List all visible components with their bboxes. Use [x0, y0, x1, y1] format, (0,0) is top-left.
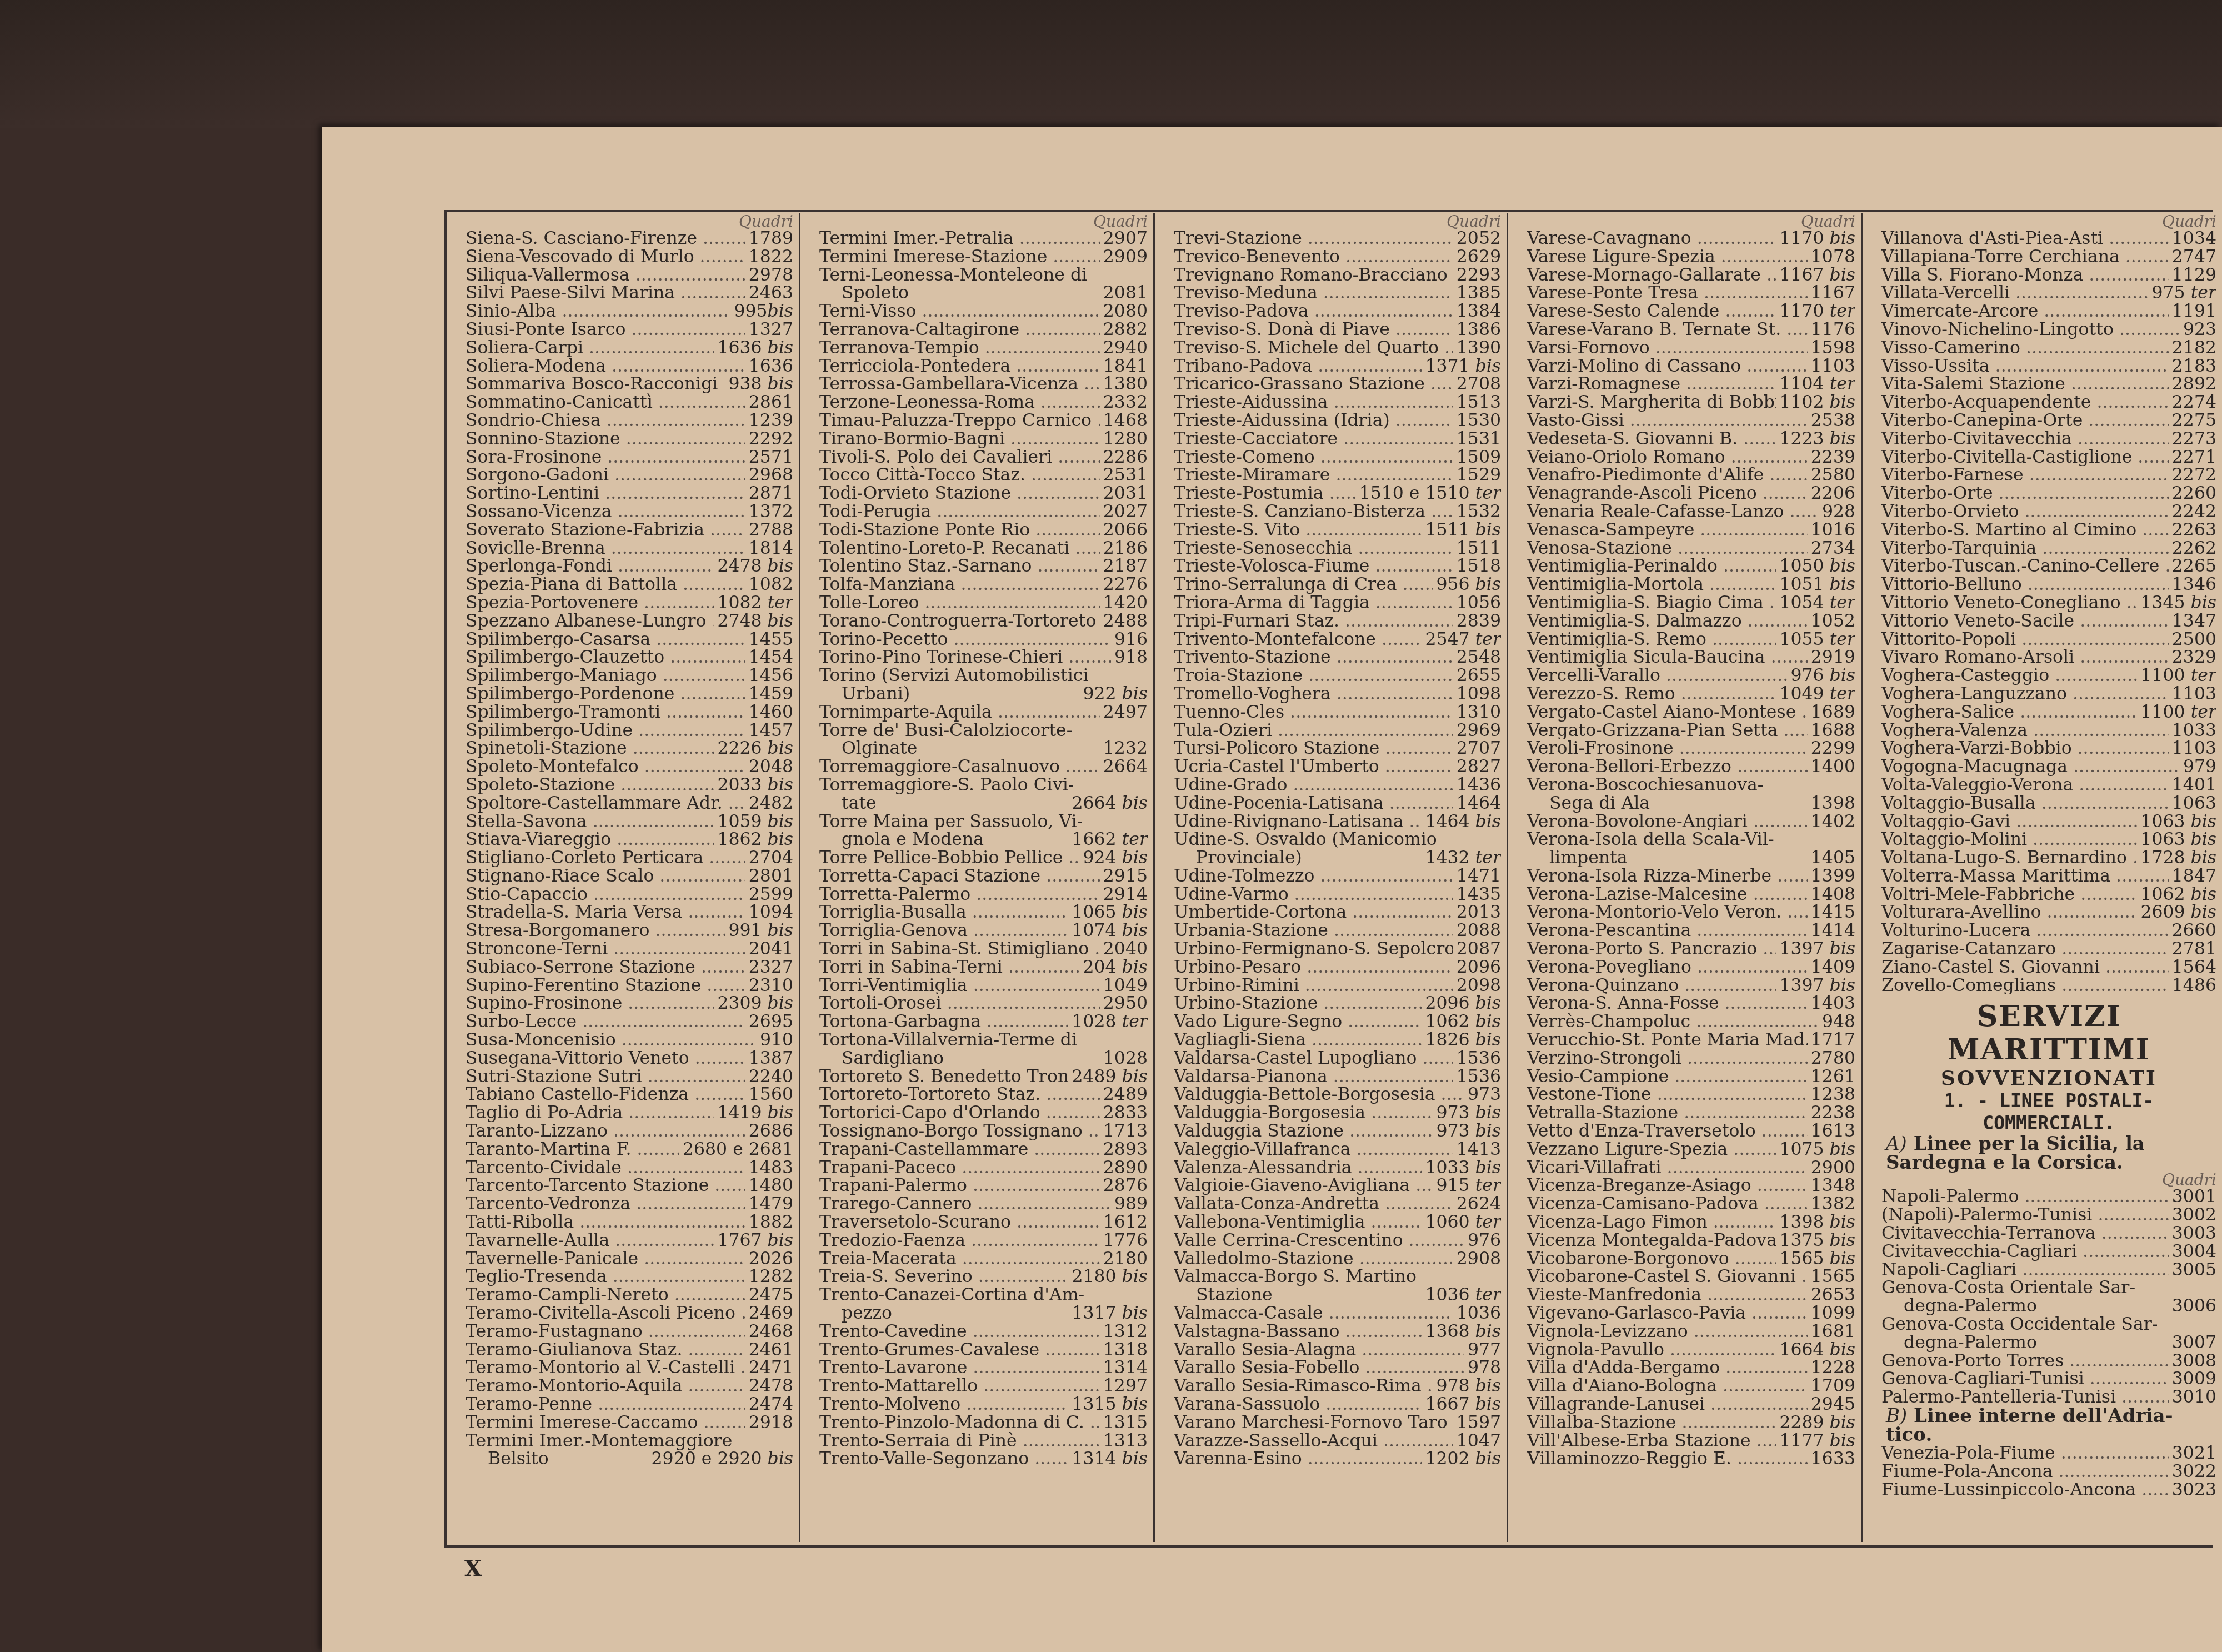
table-number: 1036 ter — [1422, 1286, 1501, 1304]
route-name: Timau-Paluzza-Treppo Carnico — [819, 412, 1100, 430]
index-entry: Treia-S. Severino2180 bis — [819, 1268, 1148, 1286]
route-name: Supino-Frosinone — [466, 994, 714, 1013]
table-number: 1398 — [1808, 794, 1855, 813]
table-number: 2096 — [1453, 958, 1501, 977]
route-name: Treia-S. Severino — [819, 1268, 1068, 1286]
index-entry: Tivoli-S. Polo dei Cavalieri2286 — [819, 448, 1148, 467]
table-number: 2471 — [745, 1359, 793, 1377]
index-entry: Trento-Valle-Segonzano1314 bis — [819, 1450, 1148, 1468]
route-name: Taglio di Po-Adria — [466, 1104, 714, 1122]
route-name: Viterbo-Civitavecchia — [1881, 430, 2169, 448]
route-name: Torre Pellice-Bobbio Pellice — [819, 849, 1079, 867]
index-entry: Trieste-Miramare1529 — [1174, 466, 1501, 484]
index-entry: Visso-Camerino2182 — [1881, 339, 2216, 357]
table-number: 2734 — [1808, 539, 1855, 558]
table-number: 1436 — [1453, 776, 1501, 794]
index-entry: Taglio di Po-Adria1419 bis — [466, 1104, 793, 1122]
route-name: Treviso-S. Michele del Quarto — [1174, 339, 1453, 357]
route-name: Tarcento-Cividale — [466, 1159, 745, 1177]
route-name: Urbino-Fermignano-S. Sepolcro — [1174, 940, 1453, 958]
route-name: Verona-Boscochiesanuova- — [1527, 776, 1852, 794]
route-name: Torri in Sabina-Terni — [819, 958, 1079, 977]
table-number: 1167 bis — [1776, 266, 1855, 284]
table-number: 2489 — [1100, 1085, 1148, 1104]
route-name: Vicobarone-Borgonovo — [1527, 1250, 1776, 1268]
route-name: Tuenno-Cles — [1174, 703, 1453, 722]
table-number: 2680 e 2681 — [679, 1140, 793, 1159]
index-entry: Tribano-Padova1371 bis — [1174, 357, 1501, 376]
route-name: Todi-Stazione Ponte Rio — [819, 521, 1100, 539]
index-entry: Verona-Pescantina1414 — [1527, 922, 1855, 940]
route-name: Varese Ligure-Spezia — [1527, 248, 1808, 266]
route-name: Genova-Cagliari-Tunisi — [1881, 1370, 2169, 1388]
table-number: 1102 bis — [1776, 393, 1855, 412]
index-entry: Stazione1036 ter — [1174, 1286, 1501, 1304]
index-entry: Teramo-Penne2474 — [466, 1395, 793, 1414]
index-entry: Viterbo-Acquapendente2274 — [1881, 393, 2216, 412]
table-number: 2548 — [1453, 648, 1501, 667]
index-entry: Udine-Grado1436 — [1174, 776, 1501, 794]
table-number: 2033 bis — [714, 776, 793, 794]
index-entry: Tromello-Voghera1098 — [1174, 685, 1501, 703]
index-entry: Volturino-Lucera2660 — [1881, 922, 2216, 940]
index-entry: Terranova-Tempio2940 — [819, 339, 1148, 357]
index-entry: Valmacca-Borgo S. Martino — [1174, 1268, 1501, 1286]
column-header-quadri: Quadri — [1174, 214, 1501, 229]
table-number: 1688 — [1808, 722, 1855, 740]
route-name: Udine-Varmo — [1174, 885, 1453, 904]
table-number: 2686 — [745, 1122, 793, 1140]
table-number: 2695 — [745, 1013, 793, 1031]
index-entry: Tavernelle-Panicale2026 — [466, 1250, 793, 1268]
table-number: 1510 e 1510 ter — [1356, 484, 1501, 503]
index-entry: Spoleto-Stazione2033 bis — [466, 776, 793, 794]
index-entry: Vedeseta-S. Giovanni B.1223 bis — [1527, 430, 1855, 448]
table-number: 2263 — [2169, 521, 2216, 539]
route-name: Voltana-Lugo-S. Bernardino — [1881, 849, 2137, 867]
table-number: 2900 — [1808, 1159, 1855, 1177]
index-entry: degna-Palermo3007 — [1881, 1334, 2216, 1352]
background-surround — [0, 0, 2222, 128]
table-number: 2919 — [1808, 648, 1855, 667]
table-number: 2238 — [1808, 1104, 1855, 1122]
index-entry: Trino-Serralunga di Crea956 bis — [1174, 575, 1501, 594]
index-list: Trevi-Stazione2052Trevico-Benevento2629T… — [1174, 229, 1501, 1468]
table-number: 2704 — [745, 849, 793, 867]
index-entry: Torre Maina per Sassuolo, Vi- — [819, 813, 1148, 831]
table-number: 1100 ter — [2137, 667, 2216, 685]
route-name: Terzone-Leonessa-Roma — [819, 393, 1100, 412]
table-number: 2914 — [1100, 885, 1148, 904]
route-name: Vagliagli-Siena — [1174, 1031, 1422, 1049]
route-name: Trento-Canazei-Cortina d'Am- — [819, 1286, 1144, 1304]
index-entry: Spezzano Albanese-Lungro2748 bis — [466, 612, 793, 630]
index-entry: Verona-Quinzano1397 bis — [1527, 977, 1855, 995]
route-name: Teramo-Fustagnano — [466, 1323, 745, 1341]
index-entry: Napoli-Palermo3001 — [1881, 1188, 2216, 1206]
index-entry: Stiava-Viareggio1862 bis — [466, 830, 793, 849]
index-entry: Tarcento-Tarcento Stazione1480 — [466, 1177, 793, 1195]
table-number: 1536 — [1453, 1049, 1501, 1068]
route-name: Verzino-Strongoli — [1527, 1049, 1808, 1068]
index-entry: Torino (Servizi Automobilistici — [819, 667, 1148, 685]
table-number: 2271 — [2169, 448, 2216, 467]
route-name: Surbo-Lecce — [466, 1013, 745, 1031]
index-entry: Villapiana-Torre Cerchiana2747 — [1881, 248, 2216, 266]
route-name: Varzi-Romagnese — [1527, 375, 1776, 393]
route-name: Stroncone-Terni — [466, 940, 745, 958]
index-entry: Terni-Leonessa-Monteleone di — [819, 266, 1148, 284]
table-number: 1310 — [1453, 703, 1501, 722]
table-number: 1767 bis — [714, 1232, 793, 1250]
index-entry: Sega di Ala1398 — [1527, 794, 1855, 813]
route-name: Villapiana-Torre Cerchiana — [1881, 248, 2169, 266]
table-number: 924 bis — [1079, 849, 1148, 867]
table-number: 2186 — [1100, 539, 1148, 558]
index-entry: Vagliagli-Siena1826 bis — [1174, 1031, 1501, 1049]
group-a-list: Napoli-Palermo3001(Napoli)-Palermo-Tunis… — [1881, 1188, 2216, 1406]
route-name: Torremaggiore-Casalnuovo — [819, 758, 1100, 776]
route-name: Volterra-Massa Marittima — [1881, 867, 2169, 885]
index-entry: Stigliano-Corleto Perticara2704 — [466, 849, 793, 867]
route-name: Spoleto-Montefalco — [466, 758, 745, 776]
index-entry: Tortona-Villalvernia-Terme di — [819, 1031, 1148, 1049]
route-name: Vita-Salemi Stazione — [1881, 375, 2169, 393]
index-entry: Voltri-Mele-Fabbriche1062 bis — [1881, 885, 2216, 904]
index-entry: Vicobarone-Castel S. Giovanni1565 — [1527, 1268, 1855, 1286]
table-number: 2945 — [1808, 1395, 1855, 1414]
index-entry: Trivento-Stazione2548 — [1174, 648, 1501, 667]
table-number — [1144, 667, 1148, 685]
table-number: 1314 — [1100, 1359, 1148, 1377]
index-entry: Voghera-Varzi-Bobbio1103 — [1881, 739, 2216, 758]
index-entry: Civitavecchia-Cagliari3004 — [1881, 1243, 2216, 1261]
route-name: Trivento-Montefalcone — [1174, 630, 1422, 649]
table-number — [2213, 1279, 2216, 1297]
route-name: Tirano-Bormio-Bagni — [819, 430, 1100, 448]
index-entry: Venosa-Stazione2734 — [1527, 539, 1855, 558]
index-entry: Ucria-Castel l'Umberto2827 — [1174, 758, 1501, 776]
index-entry: (Napoli)-Palermo-Tunisi3002 — [1881, 1206, 2216, 1224]
table-number — [1144, 266, 1148, 284]
index-entry: Teramo-Fustagnano2468 — [466, 1323, 793, 1341]
route-name: Villa d'Adda-Bergamo — [1527, 1359, 1808, 1377]
maritime-services-section: SERVIZI MARITTIMI SOVVENZIONATI 1. - LIN… — [1881, 1000, 2216, 1499]
table-number: 1129 — [2169, 266, 2216, 284]
route-name: Vieste-Manfredonia — [1527, 1286, 1808, 1304]
route-name: Stradella-S. Maria Versa — [466, 903, 745, 922]
table-number: 2468 — [745, 1323, 793, 1341]
index-entry: Sora-Frosinone2571 — [466, 448, 793, 467]
table-number: 2081 — [1100, 284, 1148, 302]
route-name: Varzi-S. Margherita di Bobbio — [1527, 393, 1776, 412]
route-name: Verona-Isola della Scala-Vil- — [1527, 830, 1852, 849]
table-number: 1078 — [1808, 248, 1855, 266]
route-name: Tolentino Staz.-Sarnano — [819, 557, 1100, 575]
table-number: 3004 — [2169, 1243, 2216, 1261]
table-number: 2026 — [745, 1250, 793, 1268]
index-entry: Trento-Cavedine1312 — [819, 1323, 1148, 1341]
table-number: 1841 — [1100, 357, 1148, 376]
table-number: 2653 — [1808, 1286, 1855, 1304]
table-number: 3008 — [2169, 1352, 2216, 1370]
index-entry: Valduggia-Borgosesia973 bis — [1174, 1104, 1501, 1122]
route-name: Trento-Mattarello — [819, 1377, 1100, 1395]
table-number: 1082 ter — [714, 594, 793, 612]
index-entry: Terricciola-Pontedera1841 — [819, 357, 1148, 376]
table-number: 1050 bis — [1776, 557, 1855, 575]
index-entry: Tortoreto-Tortoreto Staz.2489 — [819, 1085, 1148, 1104]
index-entry: Verona-Povegliano1409 — [1527, 958, 1855, 977]
table-number: 1420 — [1100, 594, 1148, 612]
table-number: 1177 bis — [1776, 1432, 1855, 1450]
route-name: Torri in Sabina-St. Stimigliano — [819, 940, 1100, 958]
table-number: 3005 — [2169, 1261, 2216, 1279]
index-entry: Surbo-Lecce2695 — [466, 1013, 793, 1031]
route-name: Spilimbergo-Maniago — [466, 667, 745, 685]
table-number: 915 ter — [1433, 1177, 1502, 1195]
index-entry: Vivaro Romano-Arsoli2329 — [1881, 648, 2216, 667]
table-number: 2031 — [1100, 484, 1148, 503]
index-entry: Vogogna-Macugnaga979 — [1881, 758, 2216, 776]
index-entry: Varallo Sesia-Alagna977 — [1174, 1341, 1501, 1359]
table-number: 2293 — [1453, 266, 1501, 284]
table-number: 2088 — [1453, 922, 1501, 940]
index-entry: Trieste-Cacciatore1531 — [1174, 430, 1501, 448]
route-name: Vivaro Romano-Arsoli — [1881, 648, 2169, 667]
table-number: 2182 — [2169, 339, 2216, 357]
table-number: 1511 — [1453, 539, 1501, 558]
index-entry: Vittorito-Popoli2500 — [1881, 630, 2216, 649]
index-entry: Viterbo-Tuscan.-Canino-Cellere2265 — [1881, 557, 2216, 575]
table-number: 1565 bis — [1776, 1250, 1855, 1268]
index-entry: Valstagna-Bassano1368 bis — [1174, 1323, 1501, 1341]
table-number: 1560 — [745, 1085, 793, 1104]
route-name: Genova-Costa Occidentale Sar- — [1881, 1315, 2213, 1334]
route-name: Valduggia Stazione — [1174, 1122, 1433, 1140]
index-entry: Verona-Porto S. Pancrazio1397 bis — [1527, 940, 1855, 958]
table-number: 2469 — [745, 1304, 793, 1323]
index-entry: Varana-Sassuolo1667 bis — [1174, 1395, 1501, 1414]
index-entry: Spoleto-Montefalco2048 — [466, 758, 793, 776]
table-number: 2292 — [745, 430, 793, 448]
table-number: 2664 — [1100, 758, 1148, 776]
route-name: Vallebona-Ventimiglia — [1174, 1213, 1422, 1232]
route-name: Voltri-Mele-Fabbriche — [1881, 885, 2137, 904]
table-number: 1536 — [1453, 1068, 1501, 1086]
table-number: 1613 — [1808, 1122, 1855, 1140]
route-name: Treviso-S. Donà di Piave — [1174, 321, 1453, 339]
index-entry: Torretta-Palermo2914 — [819, 885, 1148, 904]
table-number: 2968 — [745, 466, 793, 484]
route-name: Soverato Stazione-Fabrizia — [466, 521, 745, 539]
index-entry: Vicobarone-Borgonovo1565 bis — [1527, 1250, 1855, 1268]
table-number: 1776 — [1100, 1232, 1148, 1250]
index-entry: Tarcento-Cividale1483 — [466, 1159, 793, 1177]
route-name: Trieste-Aidussina (Idria) — [1174, 412, 1453, 430]
table-number: 1034 — [2169, 229, 2216, 248]
table-number: 1054 ter — [1776, 594, 1855, 612]
index-entry: Soliera-Modena1636 — [466, 357, 793, 376]
route-name: Verona-Bellori-Erbezzo — [1527, 758, 1808, 776]
route-name: Vicenza-Breganze-Asiago — [1527, 1177, 1808, 1195]
index-entry: Tula-Ozieri2969 — [1174, 722, 1501, 740]
route-name: Tossignano-Borgo Tossignano — [819, 1122, 1100, 1140]
table-number: 2978 — [745, 266, 793, 284]
index-column-5: Quadri Villanova d'Asti-Piea-Asti1034Vil… — [1863, 214, 2222, 1540]
route-name: Voghera-Languzzano — [1881, 685, 2169, 703]
index-entry: Sondrio-Chiesa1239 — [466, 412, 793, 430]
index-entry: Torremaggiore-S. Paolo Civi- — [819, 776, 1148, 794]
index-entry: Terrossa-Gambellara-Vicenza1380 — [819, 375, 1148, 393]
route-name: Trento-Valle-Segonzano — [819, 1450, 1068, 1468]
table-number: 2890 — [1100, 1159, 1148, 1177]
index-entry: Torremaggiore-Casalnuovo2664 — [819, 758, 1148, 776]
index-entry: Timau-Paluzza-Treppo Carnico1468 — [819, 412, 1148, 430]
index-entry: Verona-Montorio-Velo Veron.1415 — [1527, 903, 1855, 922]
index-entry: Sommatino-Canicattì2861 — [466, 393, 793, 412]
index-entry: Voghera-Valenza1033 — [1881, 722, 2216, 740]
table-number: 1056 — [1453, 594, 1501, 612]
index-entry: Todi-Perugia2027 — [819, 503, 1148, 521]
table-number: 1314 bis — [1068, 1450, 1148, 1468]
route-name: Urbino-Stazione — [1174, 994, 1422, 1013]
index-entry: Verucchio-St. Ponte Maria Mad.1717 — [1527, 1031, 1855, 1049]
index-entry: Termini Imerese-Stazione2909 — [819, 248, 1148, 266]
index-entry: Viterbo-S. Martino al Cimino2263 — [1881, 521, 2216, 539]
index-entry: Tolle-Loreo1420 — [819, 594, 1148, 612]
route-name: Volta-Valeggio-Verona — [1881, 776, 2169, 794]
index-entry: Viterbo-Farnese2272 — [1881, 466, 2216, 484]
index-entry: Verona-Isola Rizza-Minerbe1399 — [1527, 867, 1855, 885]
index-entry: Voghera-Casteggio1100 ter — [1881, 667, 2216, 685]
table-number — [1498, 830, 1501, 849]
route-name: Vimercate-Arcore — [1881, 302, 2169, 321]
table-number: 1814 — [745, 539, 793, 558]
route-name: Vogogna-Macugnaga — [1881, 758, 2180, 776]
index-entry: Sossano-Vicenza1372 — [466, 503, 793, 521]
index-entry: Palermo-Pantelleria-Tunisi3010 — [1881, 1388, 2216, 1406]
route-name: Trieste-Postumia — [1174, 484, 1356, 503]
index-entry: Sinio-Alba995bis — [466, 302, 793, 321]
table-number — [1852, 830, 1855, 849]
table-number: 2918 — [745, 1414, 793, 1432]
table-number: 1414 — [1808, 922, 1855, 940]
route-name: Valledolmo-Stazione — [1174, 1250, 1453, 1268]
table-number: 2664 bis — [1068, 794, 1148, 813]
route-name: Varano Marchesi-Fornovo Taro — [1174, 1414, 1453, 1432]
index-entry: Tripi-Furnari Staz.2839 — [1174, 612, 1501, 630]
route-name: Vallata-Conza-Andretta — [1174, 1195, 1453, 1213]
route-name: Tricarico-Grassano Stazione — [1174, 375, 1453, 393]
table-number: 1317 bis — [1068, 1304, 1148, 1323]
table-number: 1059 bis — [714, 813, 793, 831]
table-number: 2478 — [745, 1377, 793, 1395]
index-entry: Siusi-Ponte Isarco1327 — [466, 321, 793, 339]
table-number: 2892 — [2169, 375, 2216, 393]
table-number: 1297 — [1100, 1377, 1148, 1395]
route-name: Valdarsa-Pianona — [1174, 1068, 1453, 1086]
table-number: 1513 — [1453, 393, 1501, 412]
route-name: Siliqua-Vallermosa — [466, 266, 745, 284]
route-name: Tromello-Voghera — [1174, 685, 1453, 703]
table-number: 1681 — [1808, 1323, 1855, 1341]
table-number: 956 bis — [1433, 575, 1501, 594]
route-name: Ventimiglia-Mortola — [1527, 575, 1776, 594]
index-entry: Todi-Stazione Ponte Rio2066 — [819, 521, 1148, 539]
route-name: Trapani-Paceco — [819, 1159, 1100, 1177]
table-number: 2871 — [745, 484, 793, 503]
table-number: 2893 — [1100, 1140, 1148, 1159]
index-entry: Voltaggio-Gavi1063 bis — [1881, 813, 2216, 831]
index-entry: Spinetoli-Stazione2226 bis — [466, 739, 793, 758]
index-list: Siena-S. Casciano-Firenze1789Siena-Vesco… — [466, 229, 793, 1468]
index-entry: Soviclle-Brenna1814 — [466, 539, 793, 558]
route-name: Varazze-Sassello-Acqui — [1174, 1432, 1453, 1450]
index-entry: Ziano-Castel S. Giovanni1564 — [1881, 958, 2216, 977]
table-number: 1459 — [745, 685, 793, 703]
index-entry: Trarego-Cannero989 — [819, 1195, 1148, 1213]
route-name: Villalba-Stazione — [1527, 1414, 1776, 1432]
route-name: Stigliano-Corleto Perticara — [466, 849, 745, 867]
route-name: Ziano-Castel S. Giovanni — [1881, 958, 2169, 977]
group-b-heading: B) Linee interne dell'Adria-tico. — [1881, 1406, 2216, 1444]
index-entry: Valenza-Alessandria1033 bis — [1174, 1159, 1501, 1177]
route-name: Tortorici-Capo d'Orlando — [819, 1104, 1100, 1122]
route-name: Valduggia-Bettole-Borgosesia — [1174, 1085, 1464, 1104]
route-name: Susegana-Vittorio Veneto — [466, 1049, 745, 1068]
index-entry: Valgioie-Giaveno-Avigliana915 ter — [1174, 1177, 1501, 1195]
index-entry: Terni-Visso2080 — [819, 302, 1148, 321]
index-entry: Torriglia-Genova1074 bis — [819, 922, 1148, 940]
table-number: 3023 — [2169, 1481, 2216, 1499]
index-entry: Vinovo-Nichelino-Lingotto923 — [1881, 321, 2216, 339]
route-name: Genova-Costa Orientale Sar- — [1881, 1279, 2213, 1297]
route-name: Taranto-Martina F. — [466, 1140, 679, 1159]
table-number: 1403 — [1808, 994, 1855, 1013]
table-number: 1282 — [745, 1268, 793, 1286]
route-name: Sorgono-Gadoni — [466, 466, 745, 484]
index-entry: Vittorio Veneto-Conegliano1345 bis — [1881, 594, 2216, 612]
route-name: Torretta-Capaci Stazione — [819, 867, 1100, 885]
table-number: 1315 bis — [1068, 1395, 1148, 1414]
table-number: 1409 — [1808, 958, 1855, 977]
route-name: Subiaco-Serrone Stazione — [466, 958, 745, 977]
index-entry: Varallo Sesia-Fobello978 — [1174, 1359, 1501, 1377]
index-entry: Sorgono-Gadoni2968 — [466, 466, 793, 484]
table-number: 2096 bis — [1422, 994, 1501, 1013]
table-number: 973 bis — [1433, 1104, 1501, 1122]
table-number: 1280 — [1100, 430, 1148, 448]
route-name: Sommariva Bosco-Racconigi — [466, 375, 725, 393]
table-number: 1065 bis — [1068, 903, 1148, 922]
route-name: Venasca-Sampeyre — [1527, 521, 1808, 539]
index-entry: Torri in Sabina-Terni204 bis — [819, 958, 1148, 977]
route-name: Genova-Porto Torres — [1881, 1352, 2169, 1370]
index-entry: Trento-Serraia di Pinè1313 — [819, 1432, 1148, 1450]
table-number: 1565 — [1808, 1268, 1855, 1286]
table-number: 1390 — [1453, 339, 1501, 357]
table-number: 2242 — [2169, 503, 2216, 521]
table-number: 2707 — [1453, 739, 1501, 758]
route-name: Todi-Perugia — [819, 503, 1100, 521]
index-entry: Verona-Bellori-Erbezzo1400 — [1527, 758, 1855, 776]
route-name: Vicobarone-Castel S. Giovanni — [1527, 1268, 1808, 1286]
route-name: Ventimiglia-S. Biagio Cima — [1527, 594, 1776, 612]
route-name: Vedeseta-S. Giovanni B. — [1527, 430, 1776, 448]
route-name: Tula-Ozieri — [1174, 722, 1453, 740]
route-name: Vittorio Veneto-Sacile — [1881, 612, 2169, 630]
